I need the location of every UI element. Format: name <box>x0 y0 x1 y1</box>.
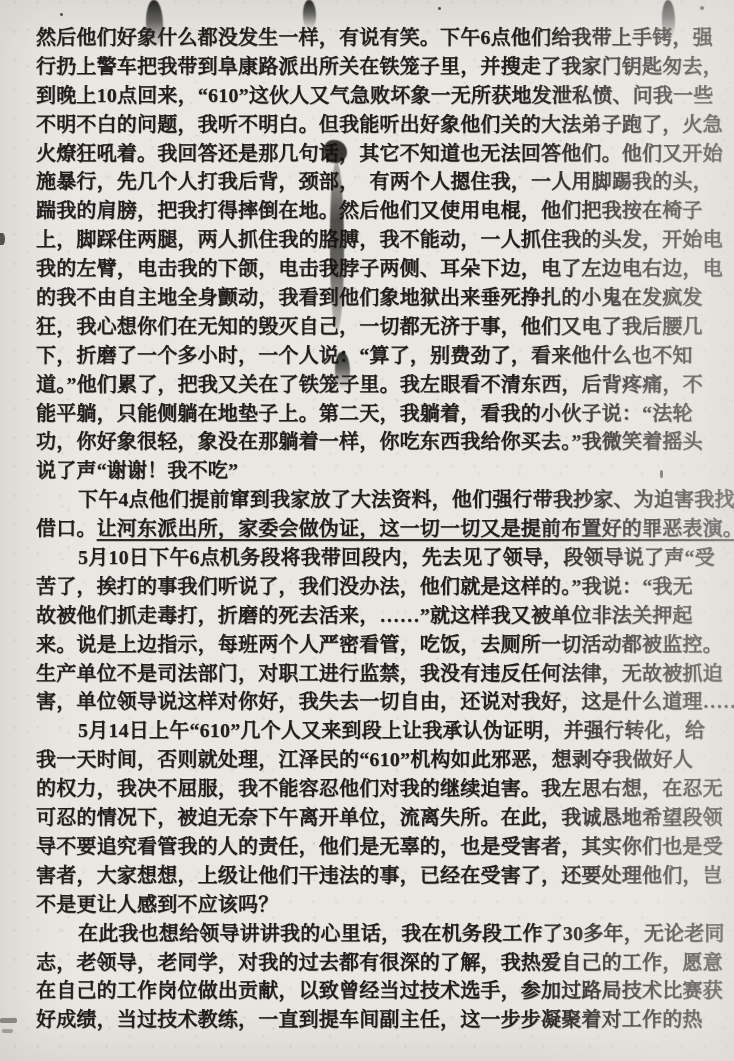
text-segment: 导不要追究看管我的人的责任，他们是无辜的，也是受害者，其实你们也是受 <box>36 836 723 858</box>
text-line: 下午4点他们提前窜到我家放了大法资料，他们强行带我抄家、为迫害我找 <box>36 486 718 515</box>
text-line: 在自己的工作岗位做出贡献，以致曾经当过技术选手，参加过路局技术比赛获 <box>36 977 718 1006</box>
text-line: 来。说是上边指示，每班两个人严密看管，吃饭，去厕所一切活动都被监控。 <box>36 631 718 660</box>
text-segment: 志，老领导，老同学，对我的过去都有很深的了解，我热爱自己的工作，愿意 <box>36 952 723 974</box>
text-line: 功，你好象很轻，象没在那躺着一样，你吃东西我给你买去。”我微笑着摇头 <box>36 428 718 457</box>
text-line: 的权力，我决不屈服，我不能容忍他们对我的继续迫害。我左思右想，在忍无 <box>36 775 718 804</box>
ink-smudge <box>662 0 675 40</box>
ink-smudge <box>146 0 163 48</box>
text-line: 苦了，挨打的事我们听说了，我们没办法，他们就是这样的。”我说：“我无 <box>36 573 718 602</box>
text-segment: 下午4点他们提前窜到我家放了大法资料，他们强行带我抄家、为迫害我找 <box>78 489 734 511</box>
text-segment: 能平躺，只能侧躺在地垫子上。第二天，我躺着，看我的小伙子说：“法轮 <box>36 403 693 425</box>
text-line: 可忍的情况下，被迫无奈下午离开单位，流离失所。在此，我诚恳地希望段领 <box>36 804 718 833</box>
ink-smudge <box>303 0 316 30</box>
text-segment: 下，折磨了一个多小时，一个人说：“算了，别费劲了，看来他什么也不知 <box>36 345 693 367</box>
ink-smudge <box>330 162 344 330</box>
text-line: 狂，我心想你们在无知的毁灭自己，一切都无济于事，他们又电了我后腰几 <box>36 313 718 342</box>
text-segment: 上，脚踩住两腿，两人抓住我的胳膊，我不能动，一人抓住我的头发，开始电 <box>36 229 723 251</box>
text-segment: 然后他们好象什么都没发生一样，有说有笑。下午6点他们给我带上手铐，强 <box>36 27 713 49</box>
text-segment: 5月10日下午6点机务段将我带回段内，先去见了领导，段领导说了声“受 <box>78 547 715 569</box>
text-segment: 功，你好象很轻，象没在那躺着一样，你吃东西我给你买去。”我微笑着摇头 <box>36 431 703 453</box>
text-segment: 踹我的肩膀，把我打得摔倒在地。然后他们又使用电棍，他们把我按在椅子 <box>36 200 703 222</box>
text-segment: 5月14日上午“610”几个人又来到段上让我承认伪证明，并强行转化，给 <box>78 720 705 742</box>
document-text: 然后他们好象什么都没发生一样，有说有笑。下午6点他们给我带上手铐，强行扔上警车把… <box>36 24 718 1035</box>
text-line: 的我不由自主地全身颤动，我看到他们象地狱出来垂死挣扎的小鬼在发疯发 <box>36 284 718 313</box>
text-line: 到晚上10点回来，“610”这伙人又气急败坏象一无所获地发泄私愤、问我一些 <box>36 82 718 111</box>
ink-speck <box>438 7 441 10</box>
text-segment: 害，单位领导说这样对你好，我失去一切自由，还说对我好，这是什么道理…… <box>36 691 734 713</box>
text-line: 5月14日上午“610”几个人又来到段上让我承认伪证明，并强行转化，给 <box>36 717 718 746</box>
text-line: 能平躺，只能侧躺在地垫子上。第二天，我躺着，看我的小伙子说：“法轮 <box>36 400 718 429</box>
ink-speck <box>0 233 5 245</box>
text-segment: 好成绩，当过技术教练，一直到提车间副主任，这一步步凝聚着对工作的热 <box>36 1009 703 1031</box>
text-line: 道。”他们累了，把我又关在了铁笼子里。我左眼看不清东西，后背疼痛，不 <box>36 371 718 400</box>
text-segment: 害者，大家想想，上级让他们干违法的事，已经在受害了，还要处理他们，岂 <box>36 865 723 887</box>
text-segment: 说了声“谢谢！我不吃” <box>36 460 238 482</box>
text-segment: 在此我也想给领导讲讲我的心里话，我在机务段工作了30多年，无论老同 <box>78 923 725 945</box>
scanned-document-page: 然后他们好象什么都没发生一样，有说有笑。下午6点他们给我带上手铐，强行扔上警车把… <box>0 0 734 1061</box>
text-line: 故被他们抓走毒打，折磨的死去活来，……”就这样我又被单位非法关押起 <box>36 602 718 631</box>
text-line: 不明不白的问题，我听不明白。但我能听出好象他们关的大法弟子跑了，火急 <box>36 111 718 140</box>
text-segment: 来。说是上边指示，每班两个人严密看管，吃饭，去厕所一切活动都被监控。 <box>36 634 723 656</box>
text-line: 生产单位不是司法部门，对职工进行监禁，我没有违反任何法律，无故被抓迫 <box>36 660 718 689</box>
ink-smudge <box>335 352 350 390</box>
text-segment: 的权力，我决不屈服，我不能容忍他们对我的继续迫害。我左思右想，在忍无 <box>36 778 723 800</box>
text-segment: 我的左臂，电击我的下颌，电击我脖子两侧、耳朵下边，电了左边电右边，电 <box>36 258 723 280</box>
text-line: 火燎狂吼着。我回答还是那几句话，其它不知道也无法回答他们。他们又开始 <box>36 140 718 169</box>
text-line: 不是更让人感到不应该吗？ <box>36 891 718 920</box>
text-line: 踹我的肩膀，把我打得摔倒在地。然后他们又使用电棍，他们把我按在椅子 <box>36 197 718 226</box>
text-segment: 狂，我心想你们在无知的毁灭自己，一切都无济于事，他们又电了我后腰几 <box>36 316 703 338</box>
text-line: 5月10日下午6点机务段将我带回段内，先去见了领导，段领导说了声“受 <box>36 544 718 573</box>
text-segment: 火燎狂吼着。我回答还是那几句话，其它不知道也无法回答他们。他们又开始 <box>36 143 723 165</box>
ink-speck <box>660 470 663 478</box>
text-line: 我一天时间，否则就处理，江泽民的“610”机构如此邪恶，想剥夺我做好人 <box>36 746 718 775</box>
text-line: 我的左臂，电击我的下颌，电击我脖子两侧、耳朵下边，电了左边电右边，电 <box>36 255 718 284</box>
text-segment: 在自己的工作岗位做出贡献，以致曾经当过技术选手，参加过路局技术比赛获 <box>36 980 723 1002</box>
ink-speck <box>60 13 63 16</box>
text-segment: 可忍的情况下，被迫无奈下午离开单位，流离失所。在此，我诚恳地希望段领 <box>36 807 723 829</box>
text-line: 害，单位领导说这样对你好，我失去一切自由，还说对我好，这是什么道理…… <box>36 688 718 717</box>
text-segment: 苦了，挨打的事我们听说了，我们没办法，他们就是这样的。”我说：“我无 <box>36 576 693 598</box>
text-line: 上，脚踩住两腿，两人抓住我的胳膊，我不能动，一人抓住我的头发，开始电 <box>36 226 718 255</box>
edge-mark <box>2 1029 13 1033</box>
underlined-text-segment: 让河东派出所，家委会做伪证，这一切一切又是提前布置好的罪恶表演。 <box>97 518 734 540</box>
ink-blot <box>324 140 347 163</box>
text-segment: 到晚上10点回来，“610”这伙人又气急败坏象一无所获地发泄私愤、问我一些 <box>36 85 713 107</box>
text-line: 施暴行，先几个人打我后背，颈部， 有两个人摁住我，一人用脚踢我的头， <box>36 168 718 197</box>
text-line: 下，折磨了一个多小时，一个人说：“算了，别费劲了，看来他什么也不知 <box>36 342 718 371</box>
text-segment: 我一天时间，否则就处理，江泽民的“610”机构如此邪恶，想剥夺我做好人 <box>36 749 693 771</box>
text-segment: 故被他们抓走毒打，折磨的死去活来，……”就这样我又被单位非法关押起 <box>36 605 693 627</box>
edge-mark <box>0 1018 17 1023</box>
text-segment: 不是更让人感到不应该吗？ <box>36 894 278 916</box>
text-line: 害者，大家想想，上级让他们干违法的事，已经在受害了，还要处理他们，岂 <box>36 862 718 891</box>
text-segment: 行扔上警车把我带到阜康路派出所关在铁笼子里，并搜走了我家门钥匙匆去， <box>36 56 723 78</box>
text-segment: 不明不白的问题，我听不明白。但我能听出好象他们关的大法弟子跑了，火急 <box>36 114 723 136</box>
text-line: 在此我也想给领导讲讲我的心里话，我在机务段工作了30多年，无论老同 <box>36 920 718 949</box>
text-line: 行扔上警车把我带到阜康路派出所关在铁笼子里，并搜走了我家门钥匙匆去， <box>36 53 718 82</box>
text-line: 志，老领导，老同学，对我的过去都有很深的了解，我热爱自己的工作，愿意 <box>36 949 718 978</box>
text-segment: 生产单位不是司法部门，对职工进行监禁，我没有违反任何法律，无故被抓迫 <box>36 663 723 685</box>
text-line: 说了声“谢谢！我不吃” <box>36 457 718 486</box>
text-segment: 借口。 <box>36 518 97 540</box>
ink-speck <box>700 6 704 10</box>
text-segment: 的我不由自主地全身颤动，我看到他们象地狱出来垂死挣扎的小鬼在发疯发 <box>36 287 703 309</box>
text-line: 好成绩，当过技术教练，一直到提车间副主任，这一步步凝聚着对工作的热 <box>36 1006 718 1035</box>
text-segment: 道。”他们累了，把我又关在了铁笼子里。我左眼看不清东西，后背疼痛，不 <box>36 374 703 396</box>
text-line: 然后他们好象什么都没发生一样，有说有笑。下午6点他们给我带上手铐，强 <box>36 24 718 53</box>
text-line: 导不要追究看管我的人的责任，他们是无辜的，也是受害者，其实你们也是受 <box>36 833 718 862</box>
text-line: 借口。让河东派出所，家委会做伪证，这一切一切又是提前布置好的罪恶表演。 <box>36 515 718 544</box>
text-segment: 施暴行，先几个人打我后背，颈部， 有两个人摁住我，一人用脚踢我的头， <box>36 171 713 193</box>
